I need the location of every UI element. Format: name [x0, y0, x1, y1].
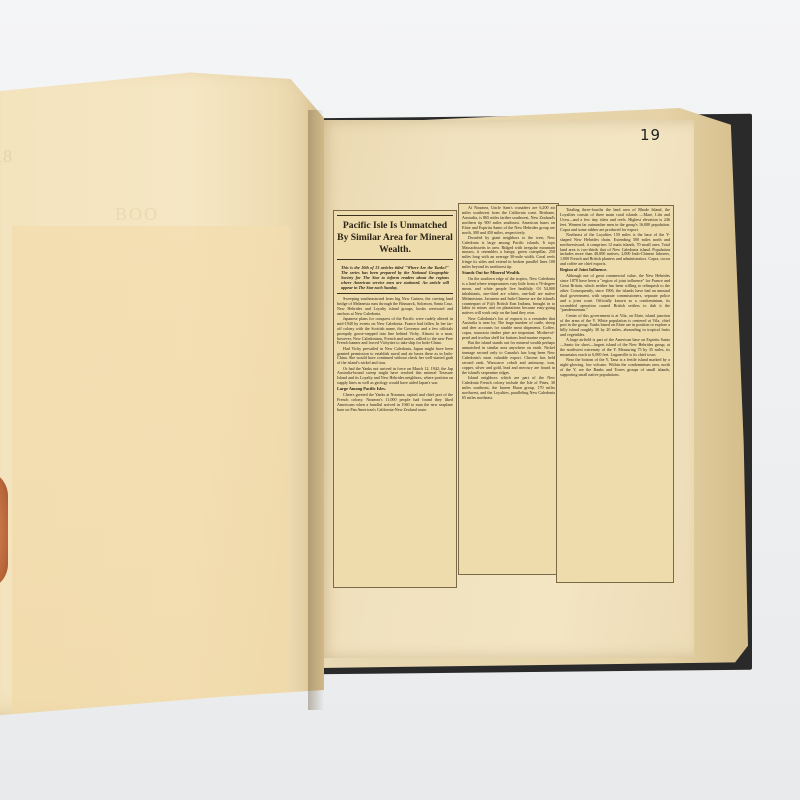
paragraph: Island neighbors which are part of the N… — [462, 376, 555, 401]
book-gutter-shadow — [308, 110, 324, 710]
paragraph: Sweeping southeastward from big New Guin… — [337, 297, 453, 317]
paragraph: Center of this government is at Vila, on… — [560, 314, 670, 339]
paragraph: Totaling three-fourths the land area of … — [560, 208, 670, 233]
clipping-column-3: Totaling three-fourths the land area of … — [556, 205, 674, 583]
show-through-text: 18 — [0, 146, 12, 167]
paragraph: Or had the Yanks not arrived in force on… — [337, 367, 453, 387]
paragraph: A large airfield is part of the American… — [560, 338, 670, 358]
paragraph: On the southern edge of the tropics, New… — [462, 277, 555, 316]
paragraph: Near the bottom of the Y, Tana is a fert… — [560, 358, 670, 378]
paragraph: Cheers greeted the Yanks at Noumea, capi… — [337, 393, 453, 413]
paragraph: At Noumea, Uncle Sam's crusaders are 6,2… — [462, 206, 555, 235]
clipping-column-1: Pacific Isle Is Unmatched By Similar Are… — [333, 210, 457, 588]
show-through-text-2: BOO — [115, 204, 159, 225]
clipping-column-2: At Noumea, Uncle Sam's crusaders are 6,2… — [458, 203, 559, 575]
handwritten-page-number: 19 — [640, 126, 661, 144]
left-page-discoloration — [12, 226, 290, 746]
clipping-intro: This is the 10th of 13 articles titled "… — [337, 264, 453, 294]
left-scrapbook-page: 18 BOO — [0, 66, 324, 716]
paragraph: Had Vichy prevailed in New Caledonia, Ja… — [337, 347, 453, 367]
paragraph: New Caledonia's list of exports is a rem… — [462, 317, 555, 342]
paragraph: Japanese plans for conquest of the Pacif… — [337, 317, 453, 346]
paragraph: Although not of great commercial value, … — [560, 274, 670, 313]
paragraph: But the island stands out for mineral we… — [462, 341, 555, 375]
paragraph: Northeast of the Loyalties 150 miles is … — [560, 233, 670, 267]
paragraph: Dwarfed by giant neighbors to the west, … — [462, 236, 555, 270]
clipping-headline: Pacific Isle Is Unmatched By Similar Are… — [337, 215, 453, 260]
